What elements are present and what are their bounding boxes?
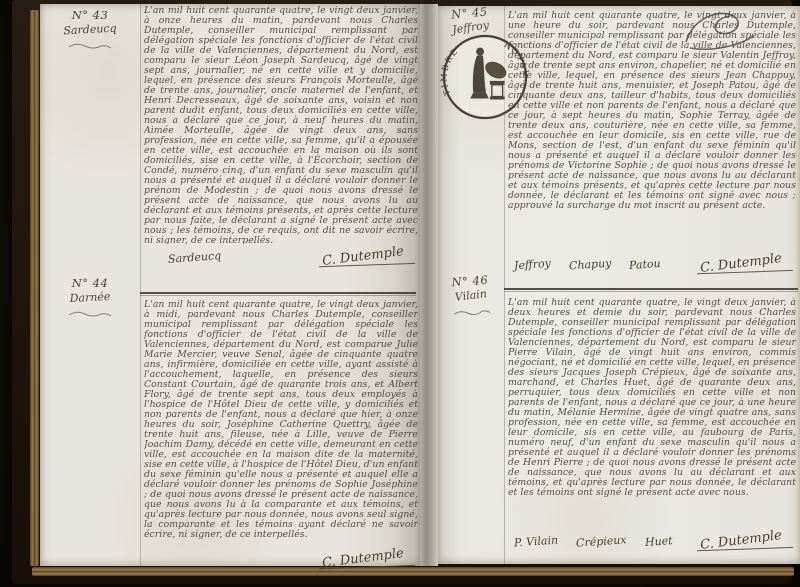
record-separator bbox=[504, 288, 798, 292]
record-43-signatures: Sardeucq C. Dutemple bbox=[144, 249, 418, 264]
left-page: N° 43 Sardeucq N° 44 Darnée L'an mil hui… bbox=[40, 4, 420, 566]
margin-entry-46: N° 46 Vilain bbox=[436, 272, 505, 323]
record-45: L'an mil huit cent quarante quatre, le v… bbox=[508, 11, 796, 271]
page-edge-bottom bbox=[32, 567, 794, 576]
flourish-icon bbox=[67, 309, 113, 319]
record-number: N° 43 bbox=[42, 8, 138, 22]
margin-rule-left bbox=[140, 4, 141, 566]
signature-officer: C. Dutemple bbox=[699, 251, 782, 276]
margin-entry-43: N° 43 Sardeucq bbox=[42, 8, 138, 55]
photograph-background: N° 43 Sardeucq N° 44 Darnée L'an mil hui… bbox=[0, 0, 800, 587]
record-44-signatures: C. Dutemple bbox=[144, 551, 418, 566]
right-page: N° 45 Jeffroy TIMBRE ROYAL bbox=[438, 6, 800, 564]
record-46-signatures: P. Vilain Crépieux Huet C. Dutemple bbox=[508, 533, 796, 548]
record-43-text: L'an mil huit cent quarante quatre, le v… bbox=[144, 6, 418, 244]
signature-witness: Chapuy bbox=[568, 257, 611, 273]
record-44-text: L'an mil huit cent quarante quatre, le v… bbox=[144, 300, 418, 546]
signature-witness: Huet bbox=[644, 534, 672, 549]
record-margin-name: Sardeucq bbox=[42, 20, 139, 38]
signature-witness: Crépieux bbox=[576, 533, 627, 549]
record-44: L'an mil huit cent quarante quatre, le v… bbox=[144, 300, 418, 566]
flourish-icon bbox=[67, 41, 113, 51]
margin-entry-44: N° 44 Darnée bbox=[42, 276, 138, 323]
record-45-signatures: Jeffroy Chapuy Patou C. Dutemple bbox=[508, 256, 796, 271]
signature-declarant: Jeffroy bbox=[514, 257, 552, 273]
flourish-icon bbox=[452, 307, 493, 319]
record-46: L'an mil huit cent quarante quatre, le v… bbox=[508, 298, 796, 548]
record-number: N° 44 bbox=[42, 276, 138, 290]
record-46-text: L'an mil huit cent quarante quatre, le v… bbox=[508, 298, 796, 528]
signature-declarant: Sardeucq bbox=[168, 249, 222, 266]
record-43: L'an mil huit cent quarante quatre, le v… bbox=[144, 6, 418, 264]
signature-witness: Patou bbox=[629, 257, 661, 272]
page-edge-left bbox=[30, 10, 39, 566]
book-gutter bbox=[420, 4, 438, 566]
record-separator bbox=[140, 292, 416, 296]
signature-officer: C. Dutemple bbox=[321, 244, 404, 269]
register-book: N° 43 Sardeucq N° 44 Darnée L'an mil hui… bbox=[12, 0, 792, 584]
signature-declarant: P. Vilain bbox=[514, 533, 559, 549]
record-margin-name: Darnée bbox=[42, 288, 139, 306]
record-45-text: L'an mil huit cent quarante quatre, le v… bbox=[508, 11, 796, 251]
signature-officer: C. Dutemple bbox=[699, 528, 782, 553]
